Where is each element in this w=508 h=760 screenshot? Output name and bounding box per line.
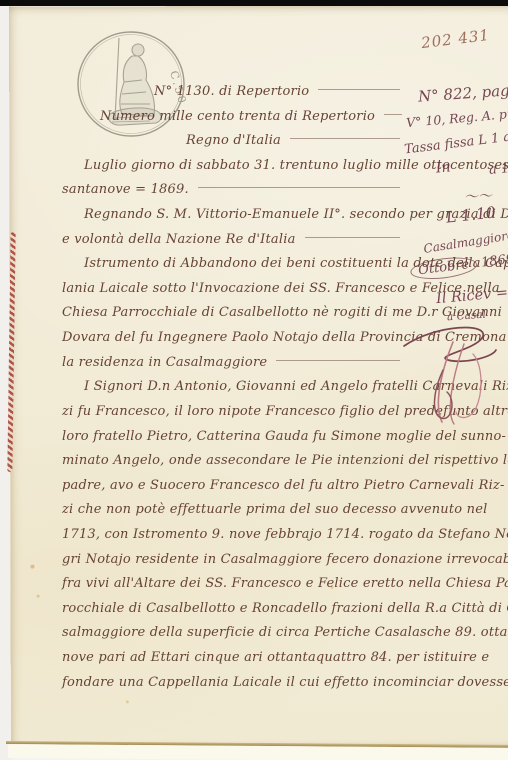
line-text: Regnando S. M. Vittorio-Emanuele II°. se… (84, 207, 508, 222)
underlying-page (8, 744, 508, 760)
text-line: Numero mille cento trenta di Repertorio (62, 109, 402, 134)
text-line: e volontà della Nazione Re d'Italia (62, 232, 402, 257)
text-line: padre, avo e Suocero Francesco del fu al… (62, 478, 402, 503)
line-text: 1713, con Istromento 9. nove febbrajo 17… (62, 527, 508, 542)
line-text: la residenza in Casalmaggiore (62, 355, 267, 370)
line-text: Regno d'Italia (186, 133, 281, 148)
line-text: Numero mille cento trenta di Repertorio (100, 109, 375, 124)
line-text: minato Angelo, onde assecondare le Pie i… (62, 453, 508, 468)
text-line: fondare una Cappellania Laicale il cui e… (62, 675, 402, 700)
line-text: rocchiale di Casalbellotto e Roncadello … (62, 601, 508, 616)
line-text: fondare una Cappellania Laicale il cui e… (62, 675, 508, 690)
text-line: minato Angelo, onde assecondare le Pie i… (62, 453, 402, 478)
filler-rule-line (198, 187, 400, 188)
text-line: salmaggiore della superficie di circa Pe… (62, 625, 402, 650)
fox-spot (126, 700, 129, 703)
filler-rule-line (276, 360, 400, 361)
text-line: la residenza in Casalmaggiore (62, 355, 402, 380)
line-text: nove pari ad Ettari cinque ari ottantaqu… (62, 650, 489, 665)
text-line: rocchiale di Casalbellotto e Roncadello … (62, 601, 402, 626)
filler-rule-line (318, 89, 400, 90)
line-text: santanove = 1869. (62, 182, 189, 197)
text-line: gri Notajo residente in Casalmaggiore fe… (62, 552, 402, 577)
scanned-manuscript-photo: C.50 202 431 N° 1130. di RepertorioNumer… (0, 0, 508, 760)
line-text: padre, avo e Suocero Francesco del fu al… (62, 478, 505, 493)
text-line: loro fratello Pietro, Catterina Gauda fu… (62, 429, 402, 454)
text-line: Regnando S. M. Vittorio-Emanuele II°. se… (62, 207, 402, 232)
text-line: Regno d'Italia (62, 133, 402, 158)
text-line: zi che non potè effettuarle prima del su… (62, 502, 402, 527)
line-text: zi che non potè effettuarle prima del su… (62, 502, 488, 517)
filler-rule-line (305, 237, 400, 238)
filler-rule-line (384, 114, 402, 115)
text-line: santanove = 1869. (62, 182, 402, 207)
text-line: Istrumento di Abbandono dei beni costitu… (62, 256, 402, 281)
filler-rule-line (290, 138, 400, 139)
text-line: N° 1130. di Repertorio (62, 84, 402, 109)
fox-spot (37, 595, 40, 598)
text-line: lania Laicale sotto l'Invocazione dei SS… (62, 281, 402, 306)
line-text: N° 1130. di Repertorio (154, 84, 309, 99)
manuscript-lines: N° 1130. di RepertorioNumero mille cento… (62, 84, 402, 699)
text-line: Dovara del fu Ingegnere Paolo Notajo del… (62, 330, 402, 355)
text-line: 1713, con Istromento 9. nove febbrajo 17… (62, 527, 402, 552)
text-line: nove pari ad Ettari cinque ari ottantaqu… (62, 650, 402, 675)
line-text: gri Notajo residente in Casalmaggiore fe… (62, 552, 508, 567)
line-text: e volontà della Nazione Re d'Italia (62, 232, 296, 247)
line-text: lania Laicale sotto l'Invocazione dei SS… (62, 281, 500, 296)
line-text: Luglio giorno di sabbato 31. trentuno lu… (84, 158, 508, 173)
line-text: loro fratello Pietro, Catterina Gauda fu… (62, 429, 506, 444)
text-line: Chiesa Parrocchiale di Casalbellotto nè … (62, 305, 402, 330)
line-text: fra vivi all'Altare dei SS. Francesco e … (62, 576, 508, 591)
line-text: Chiesa Parrocchiale di Casalbellotto nè … (62, 305, 502, 320)
text-line: fra vivi all'Altare dei SS. Francesco e … (62, 576, 402, 601)
signature-flourish (396, 320, 508, 428)
line-text: salmaggiore della superficie di circa Pe… (62, 625, 508, 640)
line-text: Istrumento di Abbandono dei beni costitu… (84, 256, 508, 271)
text-line: I Signori D.n Antonio, Giovanni ed Angel… (62, 379, 402, 404)
text-line: Luglio giorno di sabbato 31. trentuno lu… (62, 158, 402, 183)
text-line: zi fu Francesco, il loro nipote Francesc… (62, 404, 402, 429)
scan-top-shadow (0, 0, 508, 6)
fox-spot (30, 565, 34, 569)
